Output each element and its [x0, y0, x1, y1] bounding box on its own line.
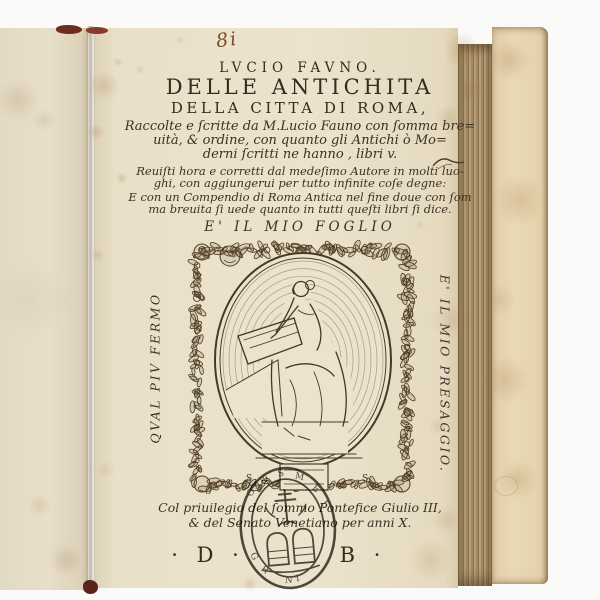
- back-cover-edge: [492, 27, 548, 584]
- paper-tear-mark: [432, 152, 466, 174]
- revision-line: ghi, con aggiungerui per tutto infinite …: [112, 176, 488, 190]
- argument-line: Raccolte e ſcritte da M.Lucio Fauno con …: [112, 119, 488, 134]
- device-motto-right: E' IL MIO PRESAGGIO.: [438, 275, 453, 474]
- device-motto-top: E' IL MIO FOGLIO: [112, 219, 488, 235]
- device-motto-left: QVAL PIV FERMO: [148, 292, 163, 443]
- svg-text:N: N: [284, 576, 293, 586]
- spine-tail-remnant: [83, 580, 98, 594]
- title-line-1: DELLE ANTICHITA: [112, 75, 488, 99]
- svg-text:M: M: [294, 471, 305, 483]
- svg-text:S: S: [277, 469, 285, 480]
- facing-flyleaf-page: [0, 28, 88, 590]
- spine-leather-remnant: [86, 27, 108, 34]
- book-gutter: [86, 26, 96, 592]
- library-stamp-icon: O ✠ S M E L I N R G: [230, 460, 345, 600]
- argument-line: uità, & ordine, con quanto gli Antichi ò…: [112, 133, 488, 148]
- compendium-line: ma breuita ſi uede quanto in tutti queſt…: [112, 202, 488, 216]
- sibyl-woodcut-icon: S S: [186, 240, 418, 494]
- cover-emboss-mark: [494, 476, 518, 496]
- spine-leather-remnant: [56, 25, 82, 34]
- photo-of-antique-book: 8i LVCIO FAVNO. DELLE ANTICHITA DELLA CI…: [0, 0, 600, 600]
- handwritten-shelfmark: 8i: [215, 28, 240, 53]
- svg-text:S: S: [362, 474, 368, 484]
- title-line-2: DELLA CITTA DI ROMA,: [112, 99, 488, 117]
- author-line: LVCIO FAVNO.: [112, 60, 488, 76]
